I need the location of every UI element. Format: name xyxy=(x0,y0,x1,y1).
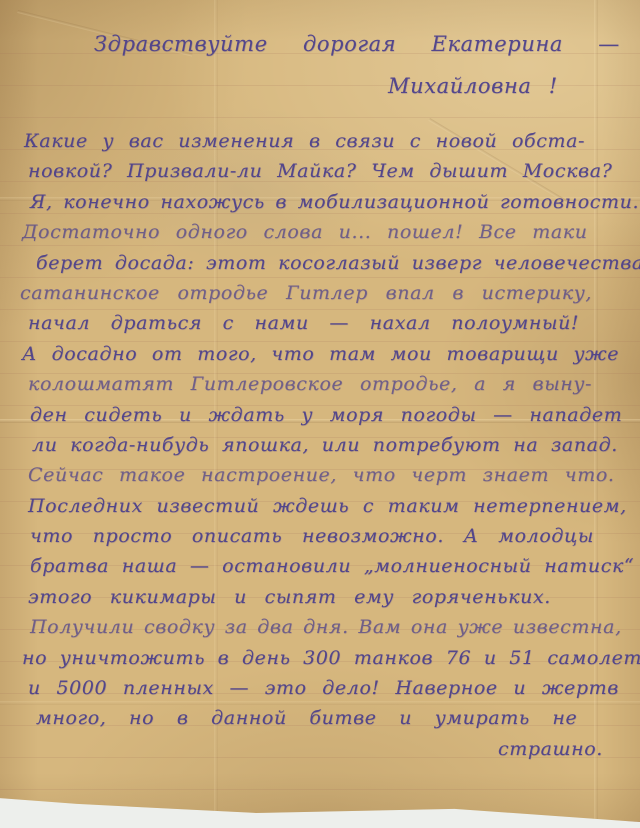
letter-line: Достаточно одного слова и... пошел! Все … xyxy=(22,221,640,251)
greeting-line: Здравствуйте дорогая Екатерина — xyxy=(94,32,640,74)
signature-line: страшно. xyxy=(498,738,640,768)
letter-line: Сейчас такое настроение, что черт знает … xyxy=(28,464,640,494)
letter-text: Здравствуйте дорогая Екатерина — Михайло… xyxy=(0,32,640,768)
letter-line: братва наша — остановили „молниеносный н… xyxy=(30,555,640,585)
letter-line: А досадно от того, что там мои товарищи … xyxy=(22,343,640,373)
letter-line: Какие у вас изменения в связи с новой об… xyxy=(24,130,640,160)
letter-paper: Здравствуйте дорогая Екатерина — Михайло… xyxy=(0,0,640,822)
letter-line: колошматят Гитлеровское отродье, а я вын… xyxy=(28,373,640,403)
letter-line: ли когда-нибудь япошка, или потребуют на… xyxy=(32,434,640,464)
greeting-line: Михайловна ! xyxy=(388,74,640,116)
letter-line: сатанинское отродье Гитлер впал в истери… xyxy=(20,282,640,312)
letter-line: берет досада: этот косоглазый изверг чел… xyxy=(36,252,640,282)
letter-line: много, но в данной битве и умирать не xyxy=(36,707,640,737)
letter-line: начал драться с нами — нахал полоумный! xyxy=(28,312,640,342)
letter-line: но уничтожить в день 300 танков 76 и 51 … xyxy=(22,647,640,677)
letter-line: новкой? Призвали-ли Майка? Чем дышит Мос… xyxy=(28,160,640,190)
letter-line: ден сидеть и ждать у моря погоды — напад… xyxy=(30,404,640,434)
letter-line: этого кикимары и сыпят ему горяченьких. xyxy=(28,586,640,616)
letter-line: Я, конечно нахожусь в мобилизационной го… xyxy=(30,191,640,221)
letter-line: что просто описать невозможно. А молодцы xyxy=(30,525,640,555)
letter-line: и 5000 пленных — это дело! Наверное и же… xyxy=(28,677,640,707)
letter-line: Получили сводку за два дня. Вам она уже … xyxy=(30,616,640,646)
letter-line: Последних известий ждешь с таким нетерпе… xyxy=(28,495,640,525)
